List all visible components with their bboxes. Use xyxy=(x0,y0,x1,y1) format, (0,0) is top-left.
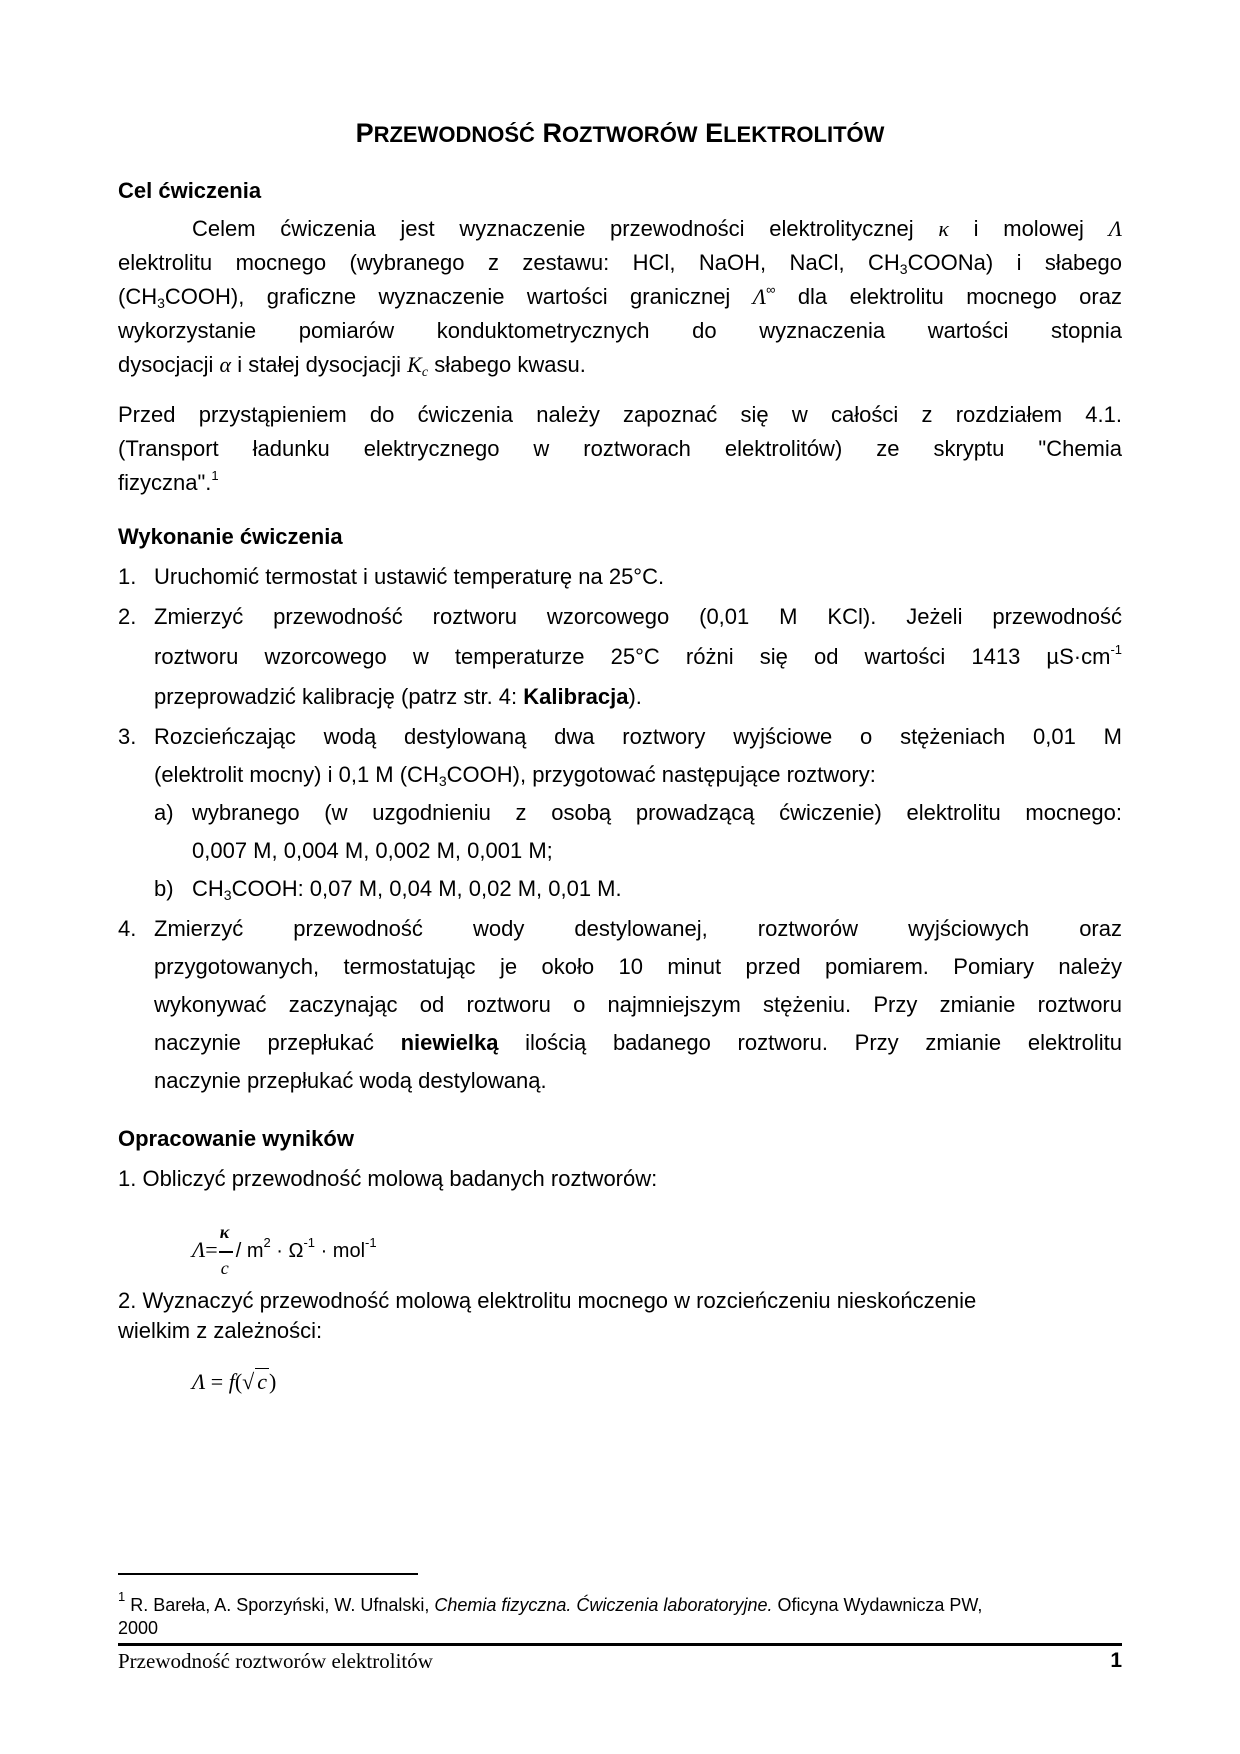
procedure-item-2-line3: przeprowadzić kalibrację (patrz str. 4: … xyxy=(154,684,642,710)
results-item-1: 1. Obliczyć przewodność molową badanych … xyxy=(118,1166,657,1192)
procedure-item-4-line4: naczynie przepłukać niewielką ilością ba… xyxy=(154,1030,1122,1056)
goal-para1-line4: wykorzystanie pomiarów konduktometryczny… xyxy=(118,318,1122,344)
goal-para1-line1: Celem ćwiczenia jest wyznaczenie przewod… xyxy=(192,216,1122,242)
procedure-item-3-line1: Rozcieńczając wodą destylowaną dwa roztw… xyxy=(154,724,1122,750)
goal-para1-line5: dysocjacji α i stałej dysocjacji Kc słab… xyxy=(118,352,586,378)
page-title: PRZEWODNOŚĆ ROZTWORÓW ELEKTROLITÓW xyxy=(0,118,1240,149)
page-number: 1 xyxy=(1110,1649,1122,1673)
footnote: 1 R. Bareła, A. Sporzyński, W. Ufnalski,… xyxy=(118,1594,1122,1640)
fraction: κc xyxy=(218,1222,236,1282)
footnote-separator xyxy=(118,1573,418,1575)
footer-running-title: Przewodność roztworów elektrolitów xyxy=(118,1649,433,1674)
procedure-subitem-a-line1: wybranego (w uzgodnieniu z osobą prowadz… xyxy=(192,800,1122,826)
heading-results: Opracowanie wyników xyxy=(118,1126,354,1152)
procedure-item-2-line2: roztworu wzorcowego w temperaturze 25°C … xyxy=(154,644,1122,670)
procedure-item-3-line2: (elektrolit mocny) i 0,1 M (CH3COOH), pr… xyxy=(154,762,876,788)
procedure-item-3-number: 3. xyxy=(118,724,136,750)
procedure-item-2-number: 2. xyxy=(118,604,136,630)
formula-limiting-conductivity: Λ = f(√c) xyxy=(192,1368,276,1395)
formula-molar-conductivity: Λ=κc/ m2 · Ω-1 · mol-1 xyxy=(192,1222,377,1282)
document-page: PRZEWODNOŚĆ ROZTWORÓW ELEKTROLITÓW Cel ć… xyxy=(0,0,1240,1754)
procedure-item-2-line1: Zmierzyć przewodność roztworu wzorcowego… xyxy=(154,604,1122,630)
procedure-item-4-line3: wykonywać zaczynając od roztworu o najmn… xyxy=(154,992,1122,1018)
procedure-item-4-line2: przygotowanych, termostatując je około 1… xyxy=(154,954,1122,980)
procedure-item-4-number: 4. xyxy=(118,916,136,942)
goal-para2-line2: (Transport ładunku elektrycznego w roztw… xyxy=(118,436,1122,462)
procedure-subitem-b-label: b) xyxy=(154,876,174,902)
goal-para1-line2: elektrolitu mocnego (wybranego z zestawu… xyxy=(118,250,1122,276)
goal-para2-line1: Przed przystąpieniem do ćwiczenia należy… xyxy=(118,402,1122,428)
results-item-2-line1: 2. Wyznaczyć przewodność molową elektrol… xyxy=(118,1288,976,1314)
goal-para1-line3: (CH3COOH), graficzne wyznaczenie wartośc… xyxy=(118,284,1122,310)
procedure-item-1: 1.Uruchomić termostat i ustawić temperat… xyxy=(118,564,664,590)
heading-procedure: Wykonanie ćwiczenia xyxy=(118,524,343,550)
procedure-item-4-line5: naczynie przepłukać wodą destylowaną. xyxy=(154,1068,547,1094)
procedure-subitem-a-line2: 0,007 M, 0,004 M, 0,002 M, 0,001 M; xyxy=(192,838,553,864)
heading-goal: Cel ćwiczenia xyxy=(118,178,261,204)
goal-para2-line3: fizyczna".1 xyxy=(118,470,219,496)
procedure-item-4-line1: Zmierzyć przewodność wody destylowanej, … xyxy=(154,916,1122,942)
results-item-2-line2: wielkim z zależności: xyxy=(118,1318,322,1344)
title-word-1: PRZEWODNOŚĆ xyxy=(356,118,535,148)
title-word-2: ROZTWORÓW xyxy=(542,118,697,148)
procedure-subitem-a-label: a) xyxy=(154,800,174,826)
title-word-3: ELEKTROLITÓW xyxy=(705,118,884,148)
procedure-subitem-b-text: CH3COOH: 0,07 M, 0,04 M, 0,02 M, 0,01 M. xyxy=(192,876,622,902)
footnote-reference[interactable]: 1 xyxy=(211,468,218,483)
footer-rule xyxy=(118,1643,1122,1646)
